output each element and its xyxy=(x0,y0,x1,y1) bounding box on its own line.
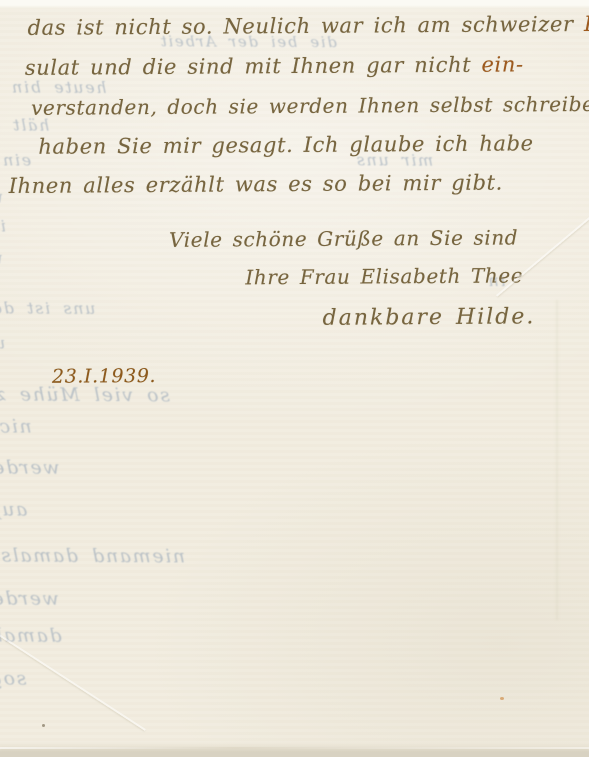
letter-line: Ihnen alles erzählt was es so bei mir gi… xyxy=(9,171,503,198)
letter-line-text: 23.I.1939. xyxy=(52,365,156,388)
handwriting-layer: das ist nicht so. Neulich war ich am sch… xyxy=(0,0,589,757)
letter-line: 23.I.1939. xyxy=(52,365,156,388)
bottom-fold-crease xyxy=(0,747,589,749)
letter-line: Ihre Frau Elisabeth Thee xyxy=(245,263,523,289)
letter-line: sulat und die sind mit Ihnen gar nicht e… xyxy=(25,52,524,79)
letter-line-text: Ihnen alles erzählt was es so bei mir gi… xyxy=(9,171,503,198)
letter-line: dankbare Hilde. xyxy=(322,304,535,330)
letter-line-text: das ist nicht so. Neulich war ich am sch… xyxy=(27,12,584,40)
ink-speck xyxy=(42,724,45,727)
letter-line-tail: Kon- xyxy=(584,12,589,36)
letter-line-text: sulat und die sind mit Ihnen gar nicht xyxy=(25,53,482,80)
letter-line-tail: ein- xyxy=(481,52,523,76)
letter-line: haben Sie mir gesagt. Ich glaube ich hab… xyxy=(38,131,533,158)
letter-line-text: Ihre Frau Elisabeth Thee xyxy=(245,263,523,289)
letter-line-text: haben Sie mir gesagt. Ich glaube ich hab… xyxy=(38,131,533,158)
letter-line-text: dankbare Hilde. xyxy=(322,304,535,330)
rust-speck xyxy=(500,697,504,700)
letter-page: die bei der Arbeitheute bin ich aber sel… xyxy=(0,0,589,757)
letter-line: verstanden, doch sie werden Ihnen selbst… xyxy=(31,92,589,120)
letter-line: Viele schöne Grüße an Sie sind xyxy=(169,225,518,251)
letter-line: das ist nicht so. Neulich war ich am sch… xyxy=(27,12,589,40)
letter-line-text: verstanden, doch sie werden Ihnen selbst… xyxy=(31,92,589,120)
vertical-crease xyxy=(556,300,558,620)
letter-line-text: Viele schöne Grüße an Sie sind xyxy=(169,225,518,251)
